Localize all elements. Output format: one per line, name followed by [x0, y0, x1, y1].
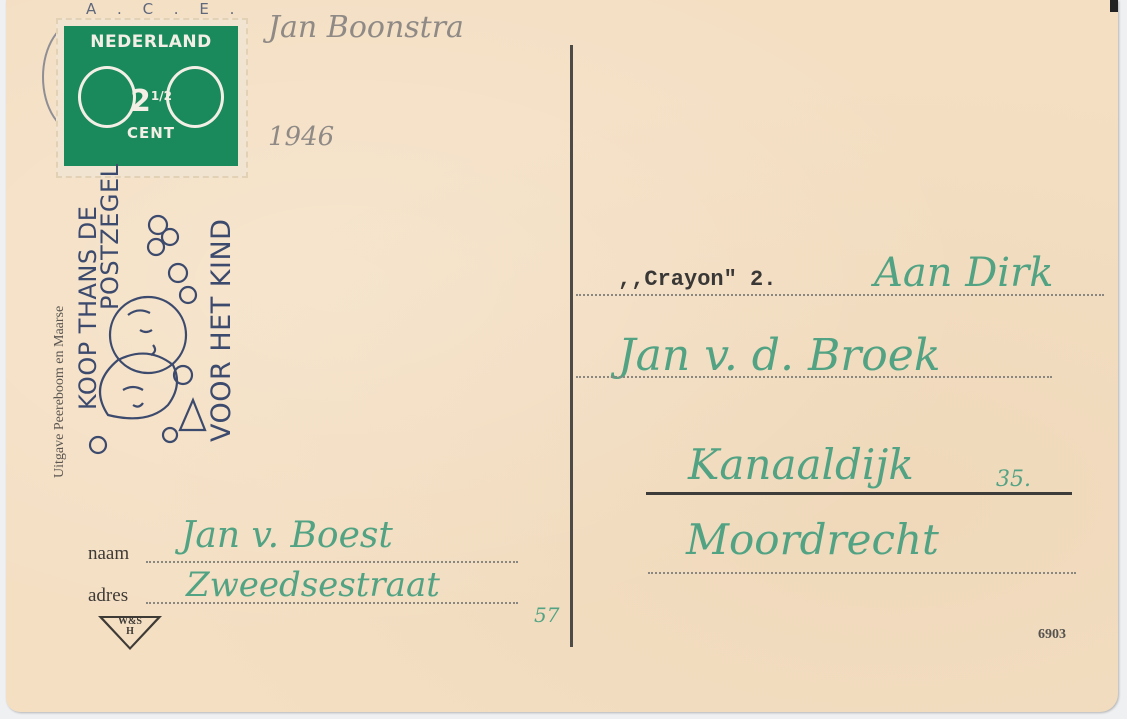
stamp-value-whole: 2 [130, 84, 151, 119]
pencil-name: Jan Boonstra [268, 10, 464, 45]
scan-edge [1110, 0, 1118, 12]
publisher-credit: Uitgave Peereboom en Maarse [52, 306, 68, 478]
sender-name-line [146, 561, 518, 563]
printer-mark-text: W&SH [114, 617, 146, 637]
address-line-4 [648, 572, 1076, 574]
stamp-value: 21/2 [64, 84, 238, 119]
printer-mark-line-2: H [126, 626, 134, 637]
recipient-line-3: Kanaaldijk [688, 440, 914, 489]
sender-address-value: Zweedsestraat [186, 565, 440, 605]
sender-house-number: 57 [534, 603, 559, 627]
catalog-number: 6903 [1038, 627, 1066, 643]
sender-name-value: Jan v. Boest [181, 515, 393, 556]
children-faces-illustration [78, 205, 228, 465]
postage-stamp: NEDERLAND 21/2 CENT [56, 18, 248, 178]
recipient-line-4: Moordrecht [686, 515, 939, 564]
recipient-house-number: 35. [996, 467, 1031, 492]
typed-label: ,,Crayon" 2. [618, 267, 776, 292]
pencil-year: 1946 [268, 122, 334, 152]
sender-name-label: naam [88, 543, 129, 565]
address-line-2 [576, 376, 1052, 378]
postmark-text: A . C . E . [86, 0, 242, 18]
stamp-face: NEDERLAND 21/2 CENT [64, 26, 238, 166]
stamp-unit: CENT [64, 124, 238, 142]
postcard-back: A . C . E . NEDERLAND 21/2 CENT Jan Boon… [6, 0, 1118, 712]
address-line-1 [576, 294, 1104, 296]
recipient-line-1: Aan Dirk [874, 250, 1053, 296]
address-line-3 [646, 492, 1072, 495]
center-divider [570, 45, 573, 647]
recipient-line-2: Jan v. d. Broek [618, 330, 941, 381]
stamp-country: NEDERLAND [64, 32, 238, 52]
sender-address-label: adres [88, 585, 128, 607]
stamp-value-fraction: 1/2 [151, 89, 172, 103]
